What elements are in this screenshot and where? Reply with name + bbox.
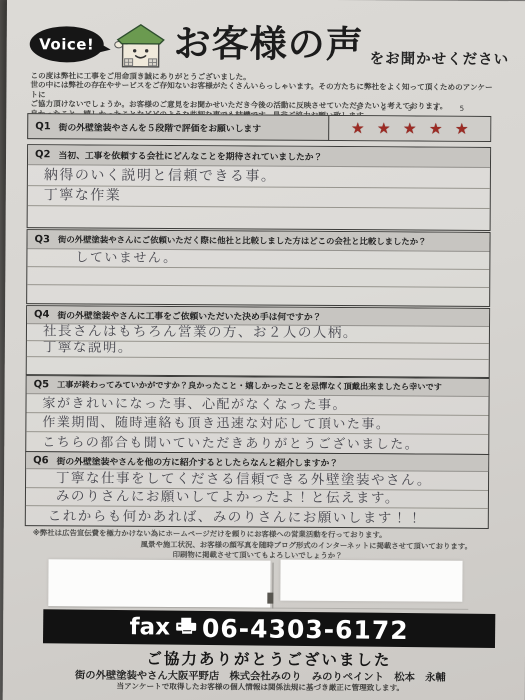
question-label: Q2 [35,149,51,160]
header: Voice! お客様の声 をお聞かせください [30,20,510,77]
answer-line [27,285,489,306]
handwritten-answer: 社長さんはもちろん営業の方、お２人の人柄。 [43,324,358,341]
question-label: Q5 [34,379,50,390]
answer-line: 納得のいく説明と信頼できる事。 [28,165,490,188]
partial-character-mark [267,593,273,604]
star-icon: ★ [350,121,366,136]
handwritten-answer: していません。 [75,249,177,266]
voice-speech-bubble: Voice! [30,26,104,62]
scale-number: 4 [428,105,444,113]
question-box-q4: Q4 街の外壁塗装やさんに工事をご依頼いただいた決め手は何ですか？ 社長さんはも… [26,305,490,377]
handwritten-answer: これからも何かあれば、みのりさんにお願いします！！ [48,506,423,526]
question-text: 街の外壁塗装やさんにご依頼いただく際に他社と比較しました方はどこの会社と比較しま… [58,233,427,247]
scale-number: 3 [402,104,418,112]
question-box-q2: Q2 当初、工事を依頼する会社にどんなことを期待されていましたか？ 納得のいく説… [27,144,492,230]
answer-line [28,206,490,229]
handwritten-answer: 丁寧な説明。 [43,341,133,356]
redaction-box [48,559,270,607]
house-mascot-icon [114,23,166,75]
question-header: Q2 当初、工事を依頼する会社にどんなことを期待されていましたか？ [28,145,490,168]
page-subtitle: をお聞かせください [370,47,510,69]
answer-line [27,357,489,376]
photo-background: Voice! お客様の声 をお聞かせください [0,0,525,700]
scale-number: 1 [350,104,366,112]
rating-scale-numbers: 1 2 3 4 5 [328,104,491,113]
handwritten-answer: 家がきれいになった事、心配がなくなった事。 [42,394,347,413]
star-icon: ★ [428,121,444,136]
answer-line: 丁寧な作業 [28,186,490,209]
scale-number: 2 [376,104,392,112]
handwritten-answer: こちらの都合も聞いていただきありがとうございました。 [42,432,419,452]
fax-bar: fax 06-4303-6172 [43,609,495,648]
star-rating: ★ ★ ★ ★ ★ [328,116,490,141]
question-box-q5: Q5 工事が終わってみていかがですか？良かったこと・嬉しかったことを忌憚なく頂戴… [25,375,489,455]
question-box-q1: Q1 街の外壁塗装やさんを５段階で評価をお願いします ★ ★ ★ ★ ★ [27,113,491,142]
fax-number: 06-4303-6172 [202,615,409,642]
fax-label: fax [129,616,170,639]
question-label: Q4 [34,309,50,320]
handwritten-answer: 丁寧な仕事をしてくださる信頼できる外壁塗装やさん。 [56,469,432,488]
question-label: Q6 [33,455,49,466]
page-title: お客様の声 [174,21,364,68]
fax-machine-icon [175,617,197,639]
question-box-q6: Q6 街の外壁塗装やさんを他の方に紹介するとしたらなんと紹介しますか？ 丁寧な仕… [25,451,489,528]
question-text: 街の外壁塗装やさんに工事をご依頼いただいた決め手は何ですか？ [57,308,321,323]
question-text: 街の外壁塗装やさんを他の方に紹介するとしたらなんと紹介しますか？ [57,454,339,469]
privacy-notice: 当アンケートで取得したお客様の個人情報は関係法規に基づき厳正に管理致します。 [3,680,518,694]
star-icon: ★ [402,121,418,136]
answer-line: これからも何かあれば、みのりさんにお願いします！！ [26,506,488,527]
star-icon: ★ [454,121,470,136]
handwritten-answer: みのりさんにお願いしてよかったよ！と伝えます。 [56,488,400,507]
question-text: 工事が終わってみていかがですか？良かったこと・嬉しかったことを忌憚なく頂戴出来ま… [57,379,442,392]
question-text: 街の外壁塗装やさんを５段階で評価をお願いします [59,120,261,134]
question-label: Q3 [34,234,50,245]
scale-number: 5 [454,105,470,113]
survey-paper: Voice! お客様の声 をお聞かせください [3,0,525,700]
voice-label: Voice! [39,35,94,53]
question-text: 当初、工事を依頼する会社にどんなことを期待されていましたか？ [58,148,322,163]
disclaimer: ※弊社は広告宣伝費を極力かけない為にホームページだけを頼りにお客様への営業活動を… [33,528,493,562]
handwritten-answer: 納得のいく説明と信頼できる事。 [44,165,277,185]
star-icon: ★ [376,121,392,136]
handwritten-answer: 作業期間、随時連絡も頂き迅速な対応して頂いた事。 [42,413,390,432]
handwritten-answer: 丁寧な作業 [44,186,122,205]
question-label: Q1 [35,121,51,132]
redaction-box [280,560,462,602]
question-box-q3: Q3 街の外壁塗装やさんにご依頼いただく際に他社と比較しました方はどこの会社と比… [26,229,490,307]
